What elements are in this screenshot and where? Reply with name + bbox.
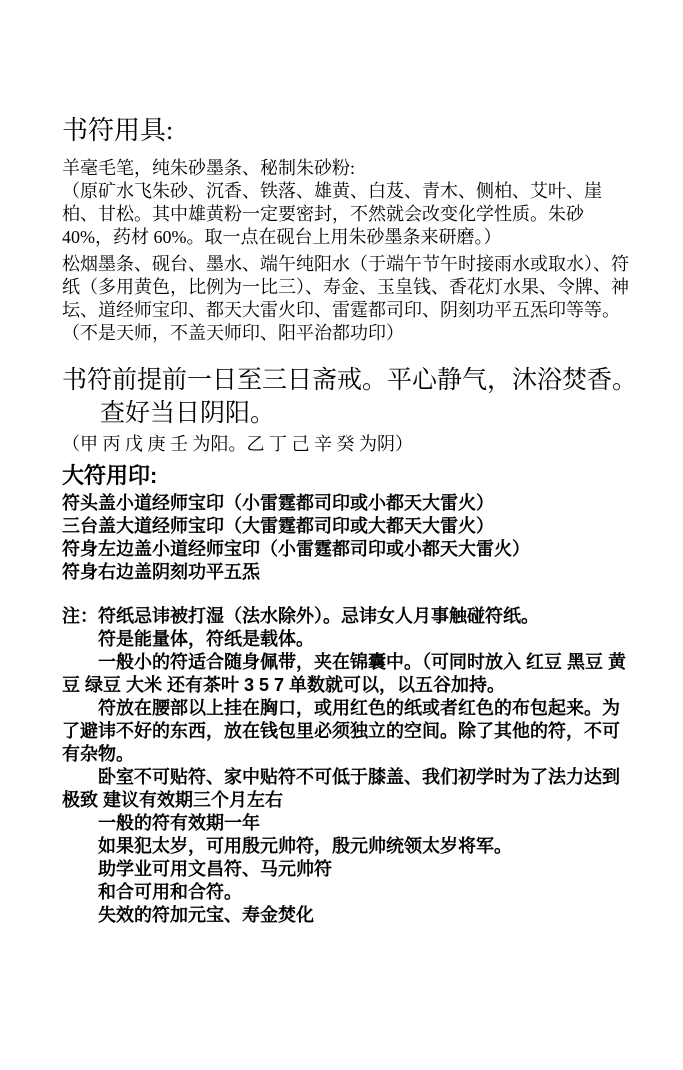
note-paragraph-2: 符是能量体，符纸是载体。 [62, 628, 635, 651]
seal-rule-3: 符身左边盖小道经师宝印（小雷霆都司印或小都天大雷火） [62, 538, 635, 561]
note-label: 注： [62, 606, 98, 626]
seal-rule-4: 符身右边盖阴刻功平五炁 [62, 561, 635, 584]
preparation-block: 书符前提前一日至三日斋戒。平心静气，沐浴焚香。 查好当日阴阳。 [62, 364, 635, 430]
seal-rule-1: 符头盖小道经师宝印（小雷霆都司印或小都天大雷火） [62, 492, 635, 515]
heavenly-stems-note: （甲 丙 戊 庚 壬 为阳。乙 丁 己 辛 癸 为阴） [62, 433, 635, 456]
preparation-line-2: 查好当日阴阳。 [100, 397, 635, 430]
note-paragraph-10: 失效的符加元宝、寿金焚化 [62, 904, 635, 927]
tools-supplies-paragraph: 松烟墨条、砚台、墨水、端午纯阳水（于端午节午时接雨水或取水）、符纸（多用黄色，比… [62, 253, 635, 322]
notes-block: 注：符纸忌讳被打湿（法水除外）。忌讳女人月事触碰符纸。 符是能量体，符纸是载体。… [62, 605, 635, 927]
note-paragraph-7: 如果犯太岁，可用殷元帅符，殷元帅统领太岁将军。 [62, 835, 635, 858]
preparation-line-1: 书符前提前一日至三日斋戒。平心静气，沐浴焚香。 [62, 364, 635, 397]
note-paragraph-3: 一般小的符适合随身佩带，夹在锦囊中。（可同时放入 红豆 黑豆 黄豆 绿豆 大米 … [62, 651, 635, 697]
note-paragraph-4: 符放在腰部以上挂在胸口，或用红色的纸或者红色的布包起来。为了避讳不好的东西，放在… [62, 697, 635, 766]
document-content: 书符用具: 羊毫毛笔，纯朱砂墨条、秘制朱砂粉: （原矿水飞朱砂、沉香、铁落、雄黄… [0, 0, 683, 927]
note-paragraph-5: 卧室不可贴符、家中贴符不可低于膝盖、我们初学时为了法力达到极致 建议有效期三个月… [62, 766, 635, 812]
tools-intro-line: 羊毫毛笔，纯朱砂墨条、秘制朱砂粉: [62, 157, 635, 180]
seal-rule-2: 三台盖大道经师宝印（大雷霆都司印或大都天大雷火） [62, 515, 635, 538]
seals-heading: 大符用印: [62, 461, 635, 491]
tools-heading: 书符用具: [62, 114, 635, 148]
note-paragraph-6: 一般的符有效期一年 [62, 812, 635, 835]
note-paragraph-1-text: 符纸忌讳被打湿（法水除外）。忌讳女人月事触碰符纸。 [98, 606, 539, 626]
note-paragraph-1: 注：符纸忌讳被打湿（法水除外）。忌讳女人月事触碰符纸。 [62, 605, 635, 628]
note-paragraph-8: 助学业可用文昌符、马元帅符 [62, 858, 635, 881]
document-page: 书符用具: 羊毫毛笔，纯朱砂墨条、秘制朱砂粉: （原矿水飞朱砂、沉香、铁落、雄黄… [0, 0, 683, 1070]
tools-materials-paragraph: （原矿水飞朱砂、沉香、铁落、雄黄、白芨、青木、侧柏、艾叶、崖柏、甘松。其中雄黄粉… [62, 180, 635, 249]
note-paragraph-9: 和合可用和合符。 [62, 881, 635, 904]
tools-exclusion-note: （不是天师，不盖天师印、阳平治都功印） [62, 322, 635, 345]
